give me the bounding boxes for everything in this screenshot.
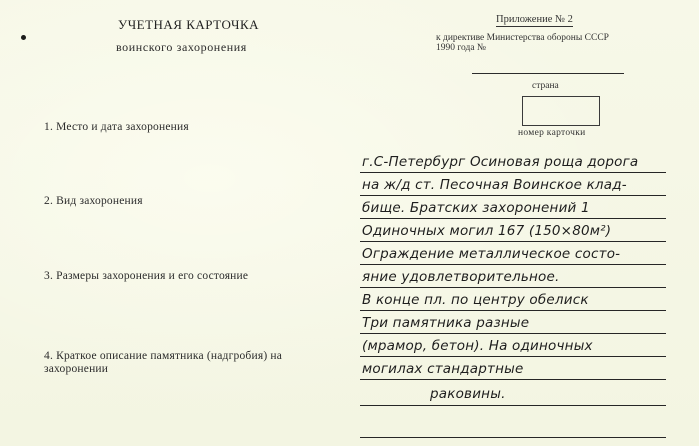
- directive-line-1: к директиве Министерства обороны СССР: [436, 33, 609, 43]
- card-subtitle: воинского захоронения: [116, 40, 247, 55]
- ink-dot: [21, 35, 26, 40]
- document-page: УЧЕТНАЯ КАРТОЧКА воинского захоронения П…: [0, 0, 699, 446]
- field-label-monument-line-1: 4. Краткое описание памятника (надгробия…: [44, 350, 282, 363]
- handwriting-line-8: Три памятника разные: [362, 315, 529, 331]
- entry-underline: [360, 379, 666, 380]
- field-label-size-condition: 3. Размеры захоронения и его состояние: [44, 270, 248, 283]
- handwriting-line-4: Одиночных могил 167 (150×80м²): [362, 223, 611, 239]
- card-title: УЧЕТНАЯ КАРТОЧКА: [118, 17, 259, 33]
- entry-underline: [360, 195, 666, 196]
- handwriting-line-11: раковины.: [430, 386, 506, 402]
- directive-reference: к директиве Министерства обороны СССР 19…: [436, 33, 609, 53]
- handwriting-line-5: Ограждение металлическое состо-: [362, 246, 620, 262]
- entry-underline-empty: [360, 437, 666, 438]
- field-label-monument-description: 4. Краткое описание памятника (надгробия…: [44, 350, 282, 376]
- entry-underline: [360, 333, 666, 334]
- country-label: страна: [532, 81, 559, 91]
- entry-underline: [360, 172, 666, 173]
- handwriting-line-1: г.С-Петербург Осиновая роща дорога: [362, 154, 638, 170]
- handwriting-line-6: яние удовлетворительное.: [362, 269, 559, 285]
- appendix-label: Приложение № 2: [496, 14, 573, 27]
- entry-underline: [360, 405, 666, 406]
- handwriting-line-3: бище. Братских захоронений 1: [362, 200, 590, 216]
- handwriting-line-2: на ж/д ст. Песочная Воинское клад-: [362, 177, 627, 193]
- field-label-place-date: 1. Место и дата захоронения: [44, 121, 189, 134]
- handwriting-line-10: могилах стандартные: [362, 361, 524, 377]
- entry-underline: [360, 241, 666, 242]
- country-field-line: [472, 73, 624, 74]
- entry-underline: [360, 287, 666, 288]
- entry-underline: [360, 218, 666, 219]
- entry-underline: [360, 310, 666, 311]
- field-label-monument-line-2: захоронении: [44, 363, 282, 376]
- field-label-burial-type: 2. Вид захоронения: [44, 195, 143, 208]
- card-number-box: [522, 96, 600, 126]
- handwriting-line-7: В конце пл. по центру обелиск: [362, 292, 589, 308]
- directive-line-2: 1990 года №: [436, 43, 609, 53]
- entry-underline: [360, 356, 666, 357]
- entry-underline: [360, 264, 666, 265]
- card-number-label: номер карточки: [518, 128, 586, 138]
- handwriting-line-9: (мрамор, бетон). На одиночных: [362, 338, 593, 354]
